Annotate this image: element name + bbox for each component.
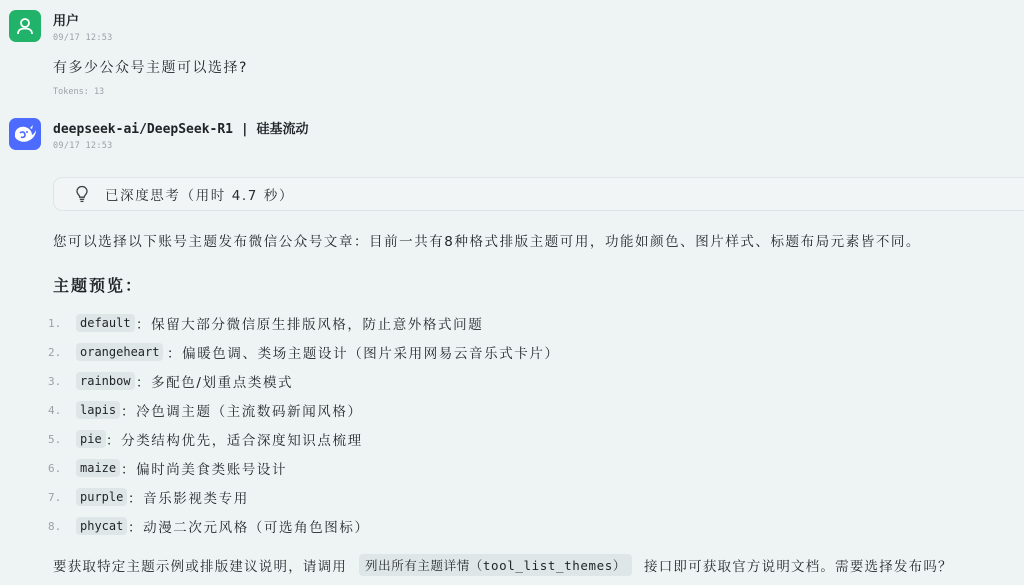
tool-name-mono: tool_list_themes [483,558,613,573]
theme-desc: ：偏时尚美食类账号设计 [121,458,287,478]
theme-desc: ：动漫二次元风格（可选角色图标） [128,516,370,536]
theme-code: pie [76,430,106,448]
section-title: 主题预览： [53,273,143,296]
lightbulb-icon [74,185,90,203]
list-number: 8. [48,520,68,533]
theme-code: phycat [76,517,127,535]
theme-desc: ：分类结构优先，适合深度知识点梳理 [106,429,363,449]
list-number: 4. [48,404,68,417]
theme-desc: ：冷色调主题（主流数码新闻风格） [121,400,363,420]
list-number: 2. [48,346,68,359]
user-timestamp: 09/17 12:53 [53,33,113,43]
theme-code: purple [76,488,127,506]
list-number: 7. [48,491,68,504]
deepseek-whale-icon [13,124,37,144]
token-count: Tokens: 13 [53,87,104,97]
thinking-label: 已深度思考（用时 4.7 秒） [105,184,294,204]
tool-name-close: ） [613,558,626,573]
theme-code: maize [76,459,120,477]
theme-desc: ：音乐影视类专用 [128,487,249,507]
theme-desc: ：多配色/划重点类模式 [136,371,293,391]
assistant-avatar [9,118,41,150]
theme-code: orangeheart [76,343,163,361]
theme-code: default [76,314,135,332]
user-name: 用户 [53,10,79,29]
list-number: 3. [48,375,68,388]
answer-footer: 要获取特定主题示例或排版建议说明，请调用 列出所有主题详情（tool_list_… [53,554,953,576]
answer-intro: 您可以选择以下账号主题发布微信公众号文章：目前一共有8种格式排版主题可用，功能如… [53,230,921,250]
user-avatar [9,10,41,42]
list-number: 1. [48,317,68,330]
tool-call-reference: 列出所有主题详情（tool_list_themes） [359,554,632,576]
theme-desc: ：偏暖色调、类场主题设计（图片采用网易云音乐式卡片） [167,342,560,362]
theme-code: lapis [76,401,120,419]
theme-code: rainbow [76,372,135,390]
list-number: 5. [48,433,68,446]
user-icon [15,16,35,36]
thinking-toggle[interactable]: 已深度思考（用时 4.7 秒） [53,177,1024,211]
footer-text-before: 要获取特定主题示例或排版建议说明，请调用 [53,555,347,575]
user-question: 有多少公众号主题可以选择? [53,57,248,77]
assistant-name: deepseek-ai/DeepSeek-R1 | 硅基流动 [53,118,309,137]
list-number: 6. [48,462,68,475]
assistant-timestamp: 09/17 12:53 [53,141,113,151]
footer-text-after: 接口即可获取官方说明文档。需要选择发布吗？ [644,555,953,575]
tool-name-cn: 列出所有主题详情（ [365,558,483,573]
theme-desc: ：保留大部分微信原生排版风格，防止意外格式问题 [136,313,483,333]
